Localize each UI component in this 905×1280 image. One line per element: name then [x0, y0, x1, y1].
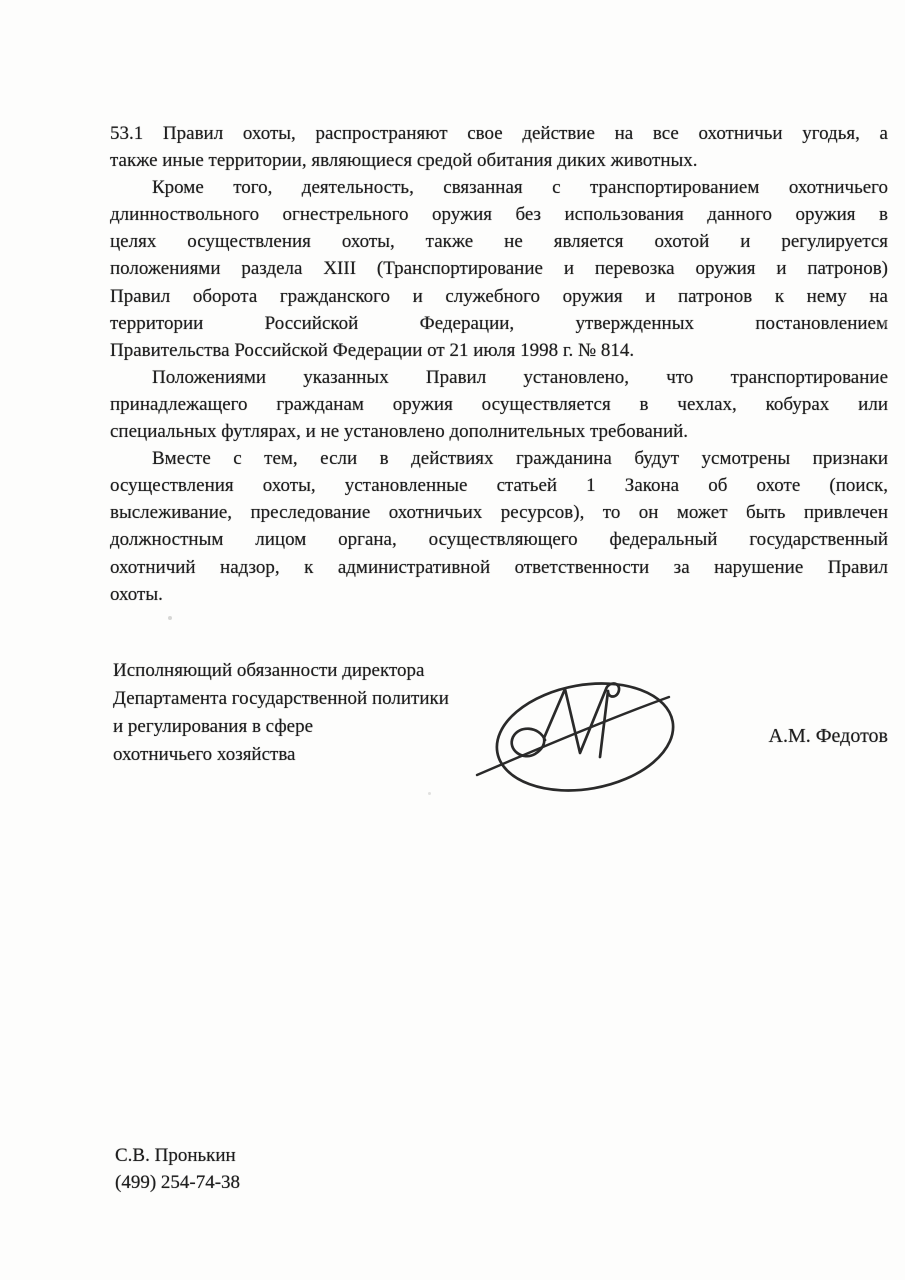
- text-line: должностным лицом органа, осуществляющег…: [110, 526, 888, 553]
- paragraph: Вместе с тем, если в действиях гражданин…: [110, 445, 888, 608]
- text-line: Правительства Российской Федерации от 21…: [110, 337, 888, 364]
- text-line: специальных футлярах, и не установлено д…: [110, 418, 888, 445]
- signatory-title-block: Исполняющий обязанности директора Департ…: [113, 657, 533, 769]
- text-line: Кроме того, деятельность, связанная с тр…: [110, 174, 888, 201]
- text-line: Вместе с тем, если в действиях гражданин…: [110, 445, 888, 472]
- signatory-title-line: Департамента государственной политики: [113, 685, 533, 713]
- text-line: Правил оборота гражданского и служебного…: [110, 283, 888, 310]
- paragraph: Кроме того, деятельность, связанная с тр…: [110, 174, 888, 364]
- text-line: длинноствольного огнестрельного оружия б…: [110, 201, 888, 228]
- text-line: целях осуществления охоты, также не явля…: [110, 228, 888, 255]
- signatory-title-line: Исполняющий обязанности директора: [113, 657, 533, 685]
- document-body: 53.1 Правил охоты, распространяют свое д…: [110, 120, 888, 608]
- text-line: выслеживание, преследование охотничьих р…: [110, 499, 888, 526]
- text-line: принадлежащего гражданам оружия осуществ…: [110, 391, 888, 418]
- text-line: также иные территории, являющиеся средой…: [110, 147, 888, 174]
- text-line: территории Российской Федерации, утвержд…: [110, 310, 888, 337]
- scanned-document-page: 53.1 Правил охоты, распространяют свое д…: [0, 0, 905, 1280]
- text-line: 53.1 Правил охоты, распространяют свое д…: [110, 120, 888, 147]
- signer-name: А.М. Федотов: [110, 722, 888, 750]
- scan-speck: [428, 792, 431, 795]
- text-line: охотничий надзор, к административной отв…: [110, 554, 888, 581]
- paragraph: Положениями указанных Правил установлено…: [110, 364, 888, 445]
- text-line: положениями раздела XIII (Транспортирова…: [110, 255, 888, 282]
- scan-speck: [883, 320, 887, 327]
- executor-name: С.В. Пронькин: [115, 1142, 240, 1169]
- text-line: Положениями указанных Правил установлено…: [110, 364, 888, 391]
- text-line: осуществления охоты, установленные стать…: [110, 472, 888, 499]
- text-line: охоты.: [110, 581, 888, 608]
- scan-speck: [168, 616, 172, 620]
- executor-phone: (499) 254-74-38: [115, 1169, 240, 1196]
- executor-contact-block: С.В. Пронькин (499) 254-74-38: [115, 1142, 240, 1196]
- paragraph: 53.1 Правил охоты, распространяют свое д…: [110, 120, 888, 174]
